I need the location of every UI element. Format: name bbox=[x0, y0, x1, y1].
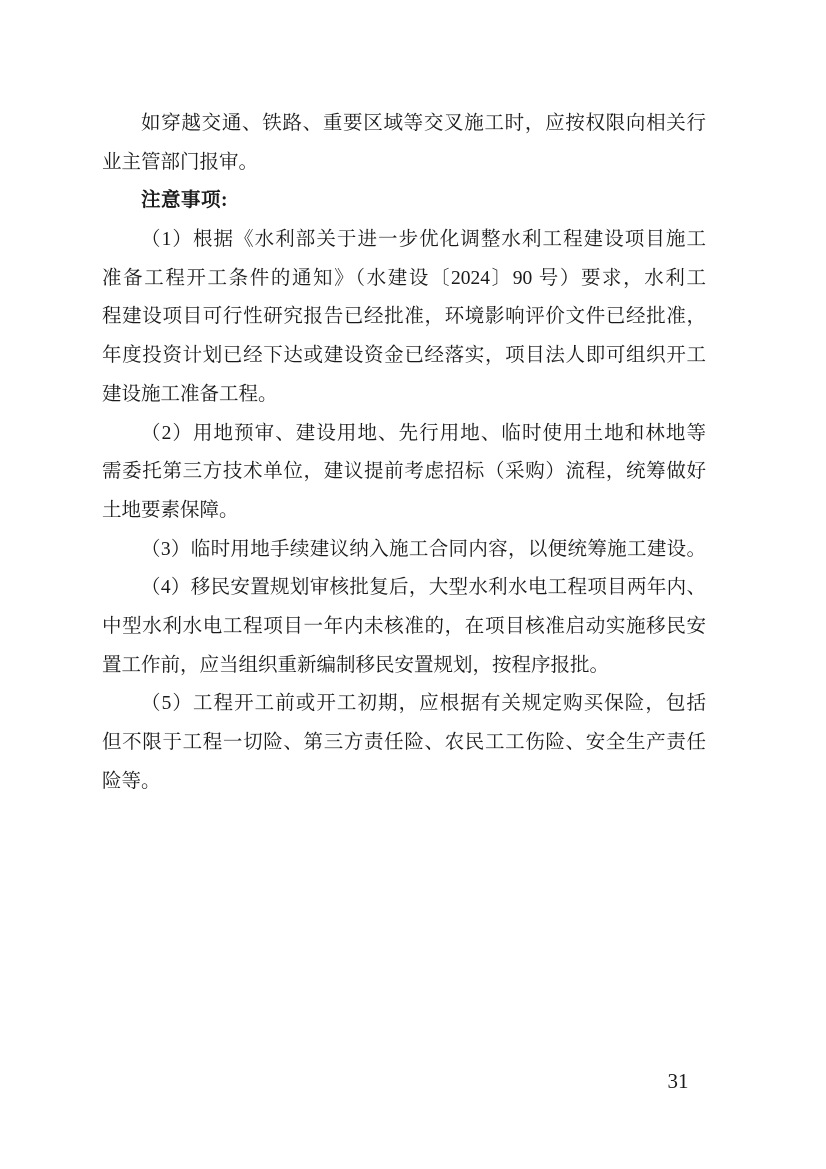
text-line: （2）用地预审、建设用地、先行用地、临时使用土地和林地等 bbox=[102, 415, 706, 454]
text-line: 险等。 bbox=[102, 763, 706, 802]
text-line: 土地要素保障。 bbox=[102, 492, 706, 531]
text-line: 准备工程开工条件的通知》（水建设〔2024〕90 号）要求，水利工 bbox=[102, 260, 706, 299]
notes-heading: 注意事项: bbox=[102, 182, 706, 221]
note-item-5: （5）工程开工前或开工初期，应根据有关规定购买保险，包括 但不限于工程一切险、第… bbox=[102, 685, 706, 801]
text-line: （4）移民安置规划审核批复后，大型水利水电工程项目两年内、 bbox=[102, 569, 706, 608]
text-line: （3）临时用地手续建议纳入施工合同内容，以便统筹施工建设。 bbox=[102, 531, 706, 570]
notes-heading-text: 注意事项: bbox=[102, 182, 706, 221]
intro-paragraph: 如穿越交通、铁路、重要区域等交叉施工时，应按权限向相关行 业主管部门报审。 bbox=[102, 105, 706, 182]
note-item-3: （3）临时用地手续建议纳入施工合同内容，以便统筹施工建设。 bbox=[102, 531, 706, 570]
note-item-4: （4）移民安置规划审核批复后，大型水利水电工程项目两年内、 中型水利水电工程项目… bbox=[102, 569, 706, 685]
note-item-2: （2）用地预审、建设用地、先行用地、临时使用土地和林地等 需委托第三方技术单位，… bbox=[102, 415, 706, 531]
note-item-1: （1）根据《水利部关于进一步优化调整水利工程建设项目施工 准备工程开工条件的通知… bbox=[102, 221, 706, 414]
text-line: （1）根据《水利部关于进一步优化调整水利工程建设项目施工 bbox=[102, 221, 706, 260]
text-line: 如穿越交通、铁路、重要区域等交叉施工时，应按权限向相关行 bbox=[102, 105, 706, 144]
text-line: （5）工程开工前或开工初期，应根据有关规定购买保险，包括 bbox=[102, 685, 706, 724]
text-line: 程建设项目可行性研究报告已经批准，环境影响评价文件已经批准， bbox=[102, 298, 706, 337]
text-line: 但不限于工程一切险、第三方责任险、农民工工伤险、安全生产责任 bbox=[102, 724, 706, 763]
text-line: 需委托第三方技术单位，建议提前考虑招标（采购）流程，统筹做好 bbox=[102, 453, 706, 492]
document-page: 如穿越交通、铁路、重要区域等交叉施工时，应按权限向相关行 业主管部门报审。 注意… bbox=[0, 0, 826, 1169]
text-line: 建设施工准备工程。 bbox=[102, 376, 706, 415]
text-line: 年度投资计划已经下达或建设资金已经落实，项目法人即可组织开工 bbox=[102, 337, 706, 376]
text-line: 业主管部门报审。 bbox=[102, 144, 706, 183]
document-body: 如穿越交通、铁路、重要区域等交叉施工时，应按权限向相关行 业主管部门报审。 注意… bbox=[102, 105, 706, 801]
text-line: 置工作前，应当组织重新编制移民安置规划，按程序报批。 bbox=[102, 647, 706, 686]
text-line: 中型水利水电工程项目一年内未核准的，在项目核准启动实施移民安 bbox=[102, 608, 706, 647]
page-number-footer: 31 bbox=[650, 1068, 706, 1094]
